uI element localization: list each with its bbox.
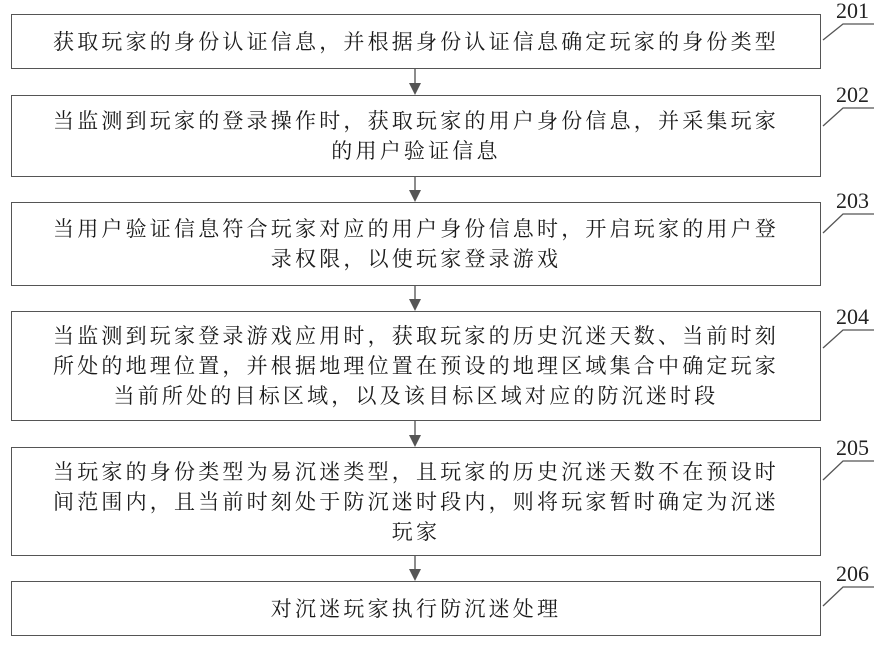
step-box-206: 对沉迷玩家执行防沉迷处理 — [11, 581, 821, 636]
step-number-201: 201 — [836, 0, 869, 24]
step-text: 当前所处的目标区域，以及该目标区域对应的防沉迷时段 — [53, 381, 779, 411]
step-number-204: 204 — [836, 304, 869, 330]
step-number-203: 203 — [836, 188, 869, 214]
step-text: 对沉迷玩家执行防沉迷处理 — [271, 594, 561, 624]
step-text: 所处的地理位置，并根据地理位置在预设的地理区域集合中确定玩家 — [53, 351, 779, 381]
step-text: 获取玩家的身份认证信息，并根据身份认证信息确定玩家的身份类型 — [53, 27, 779, 57]
step-text: 玩家 — [53, 517, 779, 547]
step-text: 当监测到玩家的登录操作时，获取玩家的用户身份信息，并采集玩家 — [53, 106, 779, 136]
step-text: 的用户验证信息 — [53, 136, 779, 166]
step-number-206: 206 — [836, 561, 869, 587]
step-number-202: 202 — [836, 82, 869, 108]
step-text: 当玩家的身份类型为易沉迷类型，且玩家的历史沉迷天数不在预设时 — [53, 457, 779, 487]
step-box-205: 当玩家的身份类型为易沉迷类型，且玩家的历史沉迷天数不在预设时 间范围内，且当前时… — [11, 447, 821, 556]
step-text: 录权限，以使玩家登录游戏 — [53, 244, 779, 274]
step-number-205: 205 — [836, 435, 869, 461]
step-box-201: 获取玩家的身份认证信息，并根据身份认证信息确定玩家的身份类型 — [11, 14, 821, 69]
step-text: 间范围内，且当前时刻处于防沉迷时段内，则将玩家暂时确定为沉迷 — [53, 487, 779, 517]
step-box-203: 当用户验证信息符合玩家对应的用户身份信息时，开启玩家的用户登 录权限，以使玩家登… — [11, 202, 821, 286]
step-box-202: 当监测到玩家的登录操作时，获取玩家的用户身份信息，并采集玩家 的用户验证信息 — [11, 95, 821, 177]
step-box-204: 当监测到玩家登录游戏应用时，获取玩家的历史沉迷天数、当前时刻 所处的地理位置，并… — [11, 311, 821, 421]
step-text: 当用户验证信息符合玩家对应的用户身份信息时，开启玩家的用户登 — [53, 214, 779, 244]
step-text: 当监测到玩家登录游戏应用时，获取玩家的历史沉迷天数、当前时刻 — [53, 321, 779, 351]
